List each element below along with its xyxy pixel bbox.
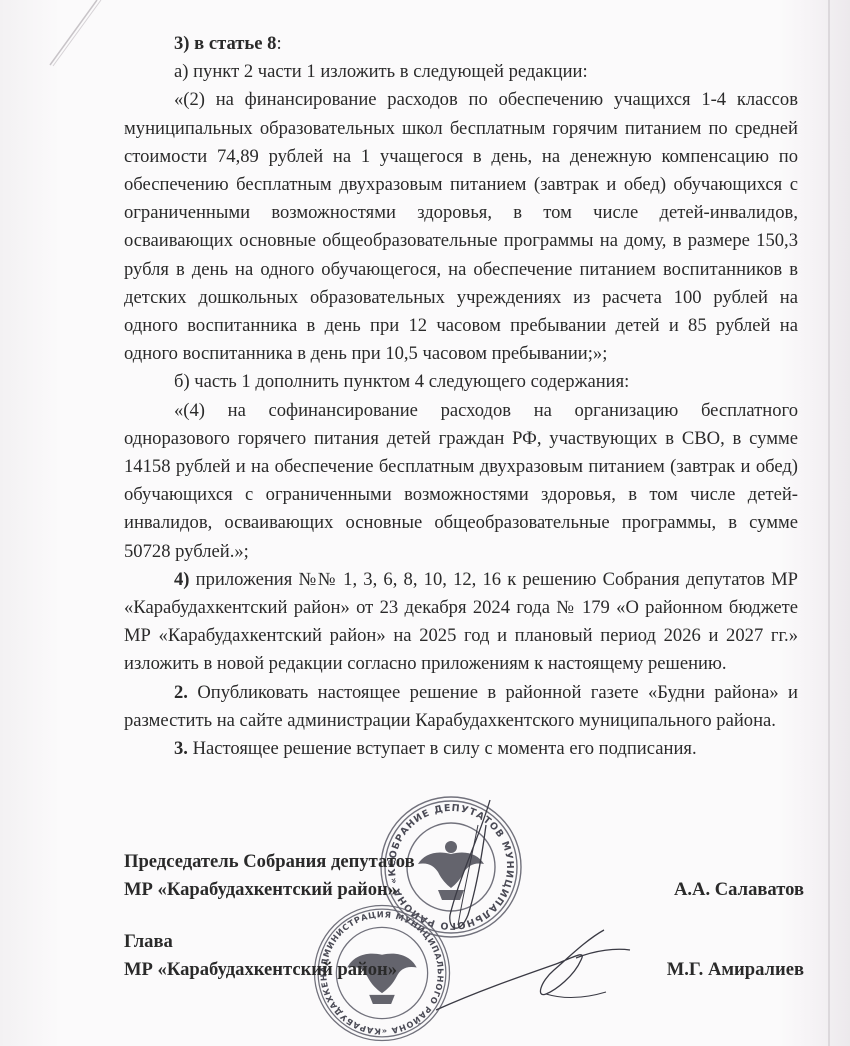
section-number: 4) — [174, 569, 190, 590]
point-2-paragraph: 2. Опубликовать настоящее решение в райо… — [124, 679, 798, 735]
section-4-text: приложения №№ 1, 3, 6, 8, 10, 12, 16 к р… — [124, 569, 798, 675]
section-4-paragraph: 4) приложения №№ 1, 3, 6, 8, 10, 12, 16 … — [124, 566, 798, 679]
point-2-text: Опубликовать настоящее решение в районно… — [124, 682, 798, 731]
signatory-name: А.А. Салаватов — [674, 876, 804, 904]
point-number: 3. — [174, 738, 188, 759]
colon: : — [276, 33, 281, 54]
signatory-title-line1: Глава — [124, 928, 804, 956]
document-body: 3) в статье 8: а) пункт 2 части 1 изложи… — [124, 30, 798, 763]
item-b-text: «(4) на софинансирование расходов на орг… — [124, 397, 798, 566]
point-3-paragraph: 3. Настоящее решение вступает в силу с м… — [124, 735, 798, 763]
signature-block-head: Глава МР «Карабудахкентский район» М.Г. … — [124, 928, 804, 984]
scan-mark — [22, 0, 102, 70]
item-a-text: «(2) на финансирование расходов по обесп… — [124, 86, 798, 368]
signatory-title-line2: МР «Карабудахкентский район» — [124, 876, 397, 904]
section-3-heading: 3) в статье 8: — [124, 30, 798, 58]
signature-block-chairman: Председатель Собрания депутатов МР «Кара… — [124, 848, 804, 904]
signatory-title-line1: Председатель Собрания депутатов — [124, 848, 804, 876]
section-heading-text: в статье 8 — [190, 33, 277, 54]
item-a-heading: а) пункт 2 части 1 изложить в следующей … — [124, 58, 798, 86]
item-b-heading: б) часть 1 дополнить пунктом 4 следующег… — [124, 368, 798, 396]
signatory-title-line2: МР «Карабудахкентский район» — [124, 956, 397, 984]
point-3-text: Настоящее решение вступает в силу с моме… — [188, 738, 697, 759]
signatory-name: М.Г. Амиралиев — [667, 956, 804, 984]
section-number: 3) — [174, 33, 190, 54]
point-number: 2. — [174, 682, 188, 703]
page-edge — [828, 0, 830, 1046]
